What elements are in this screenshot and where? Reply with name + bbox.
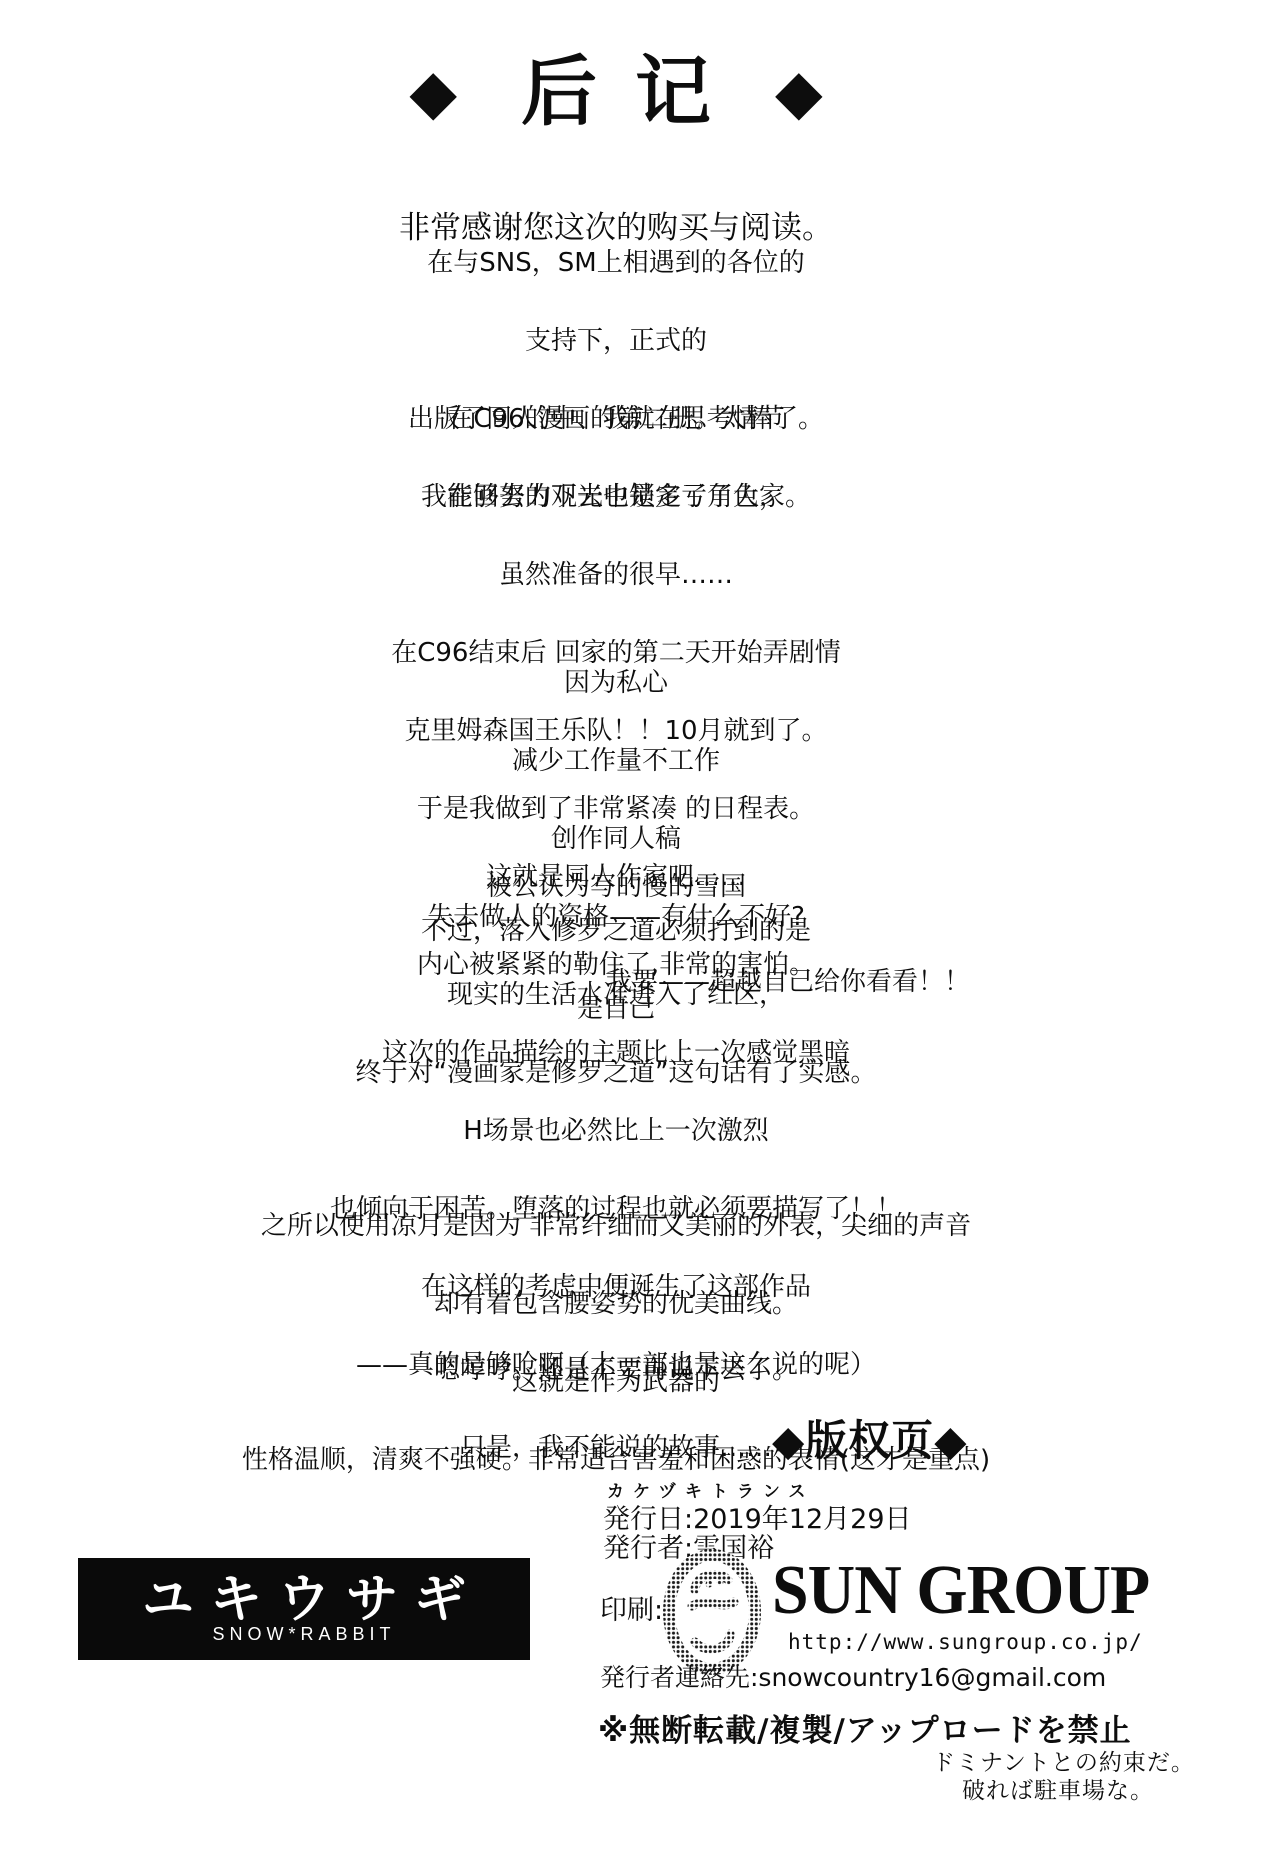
- copyright-section-heading: ◆版权页◆: [772, 1408, 968, 1468]
- diamond-icon: ◆: [409, 61, 457, 123]
- sun-group-emblem-icon: [662, 1548, 762, 1676]
- afterword-line: 在C96的中、我就在思考情节: [0, 406, 1232, 432]
- afterword-line: 支持下，正式的: [0, 328, 1232, 354]
- afterword-line: 只是，我不能说的故事……: [0, 1435, 1232, 1461]
- afterword-line: 因为私心: [0, 670, 1232, 696]
- afterword-line: H场景也必然比上一次激烈: [0, 1118, 1232, 1144]
- circle-logo: ユキウサギ SNOW*RABBIT: [78, 1558, 530, 1660]
- printer-url: http://www.sungroup.co.jp/: [788, 1630, 1143, 1654]
- handwritten-note-line: 破れば駐車場な。: [962, 1772, 1154, 1805]
- diamond-icon: ◆: [775, 61, 823, 123]
- afterword-line: 这次的作品描绘的主题比上一次感觉黑暗: [0, 1040, 1232, 1066]
- publisher-contact: 発行者連絡先:snowcountry16@gmail.com: [600, 1658, 1106, 1694]
- page-header: ◆ 后记 ◆: [0, 52, 1232, 132]
- afterword-line: 在与SNS，SM上相遇到的各位的: [0, 250, 1232, 276]
- afterword-page: ◆ 后记 ◆ 非常感谢您这次的购买与阅读。 在与SNS，SM上相遇到的各位的 支…: [0, 0, 1280, 1855]
- afterword-line: 减少工作量不工作: [0, 748, 1232, 774]
- circle-logo-katakana: ユキウサギ: [142, 1574, 482, 1626]
- afterword-line: 嗯哼哼。还是不要再说下去了。: [0, 1357, 1232, 1383]
- afterword-line: 之所以使用凉月是因为 非常纤细而又美丽的外表，尖细的声音: [0, 1213, 1232, 1239]
- afterword-line: 虽然准备的很早……: [0, 562, 1232, 588]
- printer-name: SUN GROUP: [772, 1556, 1149, 1626]
- printer-label: 印刷:: [600, 1588, 663, 1627]
- page-title: 后记: [521, 52, 749, 132]
- afterword-line: 在回去的观光中锁定了角色，: [0, 484, 1232, 510]
- circle-logo-subtitle: SNOW*RABBIT: [212, 1624, 395, 1645]
